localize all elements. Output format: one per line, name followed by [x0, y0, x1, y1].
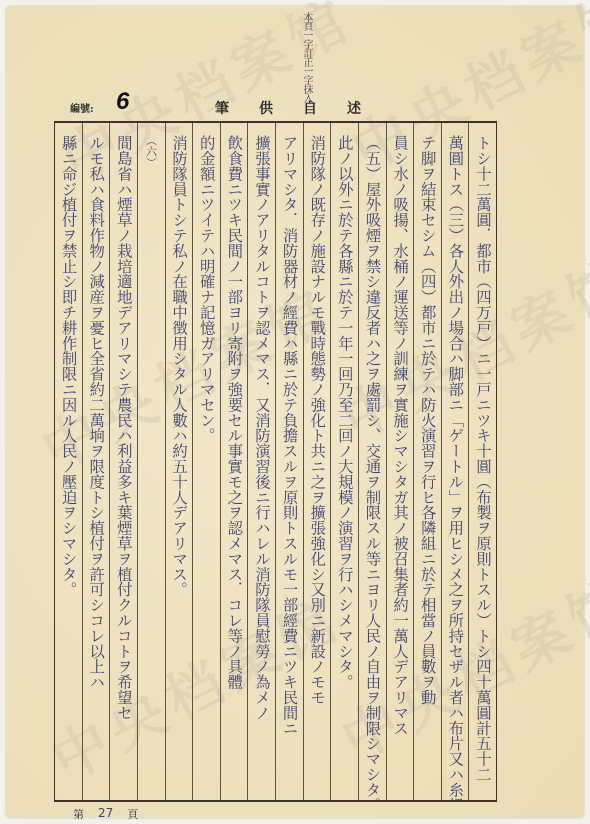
column-text: アリマシタ．消防器材ノ經費ハ縣ニ於テ負擔スルヲ原則トスルモ一部經費ニツキ民間ニ [281, 135, 299, 736]
column-text: 此ノ以外ニ於テ各縣ニ於テ一年一回乃至二回ノ大規模ノ演習ヲ行ハシメマシタ。 [336, 135, 354, 689]
column-text: 的金額ニツイテハ明確ナ記憶ガアリマセン。 [198, 135, 216, 443]
text-column: トシ十二萬圓．都市（四万戸）ニ一戸ニツキ十圓（布製ヲ原則トスル）トシ四十萬圓計五… [468, 123, 496, 800]
column-text: ルモ私ハ食料作物ノ減産ヲ憂ヒ全省約二萬垧ヲ限度トシ植付ヲ許可シコレ以上ハ [87, 135, 105, 689]
manuscript-grid: トシ十二萬圓．都市（四万戸）ニ一戸ニツキ十圓（布製ヲ原則トスル）トシ四十萬圓計五… [54, 121, 497, 802]
title-char: 供 [259, 98, 273, 118]
column-text: 飲食費ニツキ民間ノ一部ヨリ寄附ヲ強要セル事實モ之ヲ認メマス．コレ等ノ具體 [225, 135, 243, 689]
column-text: トシ十二萬圓．都市（四万戸）ニ一戸ニツキ十圓（布製ヲ原則トスル）トシ四十萬圓計五… [474, 135, 492, 782]
text-column: 消防隊員トシテ私ノ在職中徴用シタル人數ハ約五十人デアリマス。 [165, 123, 193, 800]
title-char: 述 [347, 98, 361, 118]
section-number: （六） [138, 135, 165, 800]
title-char: 筆 [215, 98, 229, 118]
text-column: ルモ私ハ食料作物ノ減産ヲ憂ヒ全省約二萬垧ヲ限度トシ植付ヲ許可シコレ以上ハ [82, 123, 110, 800]
column-text: 擴張事實ノアリタルコトヲ認メマス．又消防演習後ニ行ハレル消防隊員慰勞ノ為メノ [253, 135, 271, 720]
page-prefix: 第 [73, 806, 84, 822]
text-column: テ脚ヲ結束セシム（四）都市ニ於テハ防火演習ヲ行ヒ各隣組ニ於テ相當ノ員數ヲ動 [413, 123, 441, 800]
serial-label: 編號: [70, 100, 94, 115]
column-text: 萬圓トス（三）各人外出ノ場合ハ脚部ニ「ゲートル」ヲ用ヒシメ之ヲ所持セザル者ハ布片… [446, 135, 464, 800]
margin-annotation: 本頁一字訂正一字抹入 [297, 12, 311, 102]
page-number: 27 [98, 806, 113, 822]
title-char: 自 [303, 98, 317, 118]
text-column: 消防隊ノ既存ノ施設ナルモ戰時態勢ノ強化ト共ニ之ヲ擴張強化シ又別ニ新設ノモモ [303, 123, 331, 800]
page-suffix: 頁 [127, 806, 138, 822]
column-text: 縣ニ命ジ植付ヲ禁止シ即チ耕作制限ニ因ル人民ノ壓迫ヲシマシタ。 [60, 135, 78, 597]
column-text: テ脚ヲ結束セシム（四）都市ニ於テハ防火演習ヲ行ヒ各隣組ニ於テ相當ノ員數ヲ動 [419, 135, 437, 705]
text-column: 員シ水ノ吸揚、水桶ノ運送等ノ訓練ヲ實施シマシタガ其ノ被召集者約一萬人デアリマス [386, 123, 414, 800]
text-column: アリマシタ．消防器材ノ經費ハ縣ニ於テ負擔スルヲ原則トスルモ一部經費ニツキ民間ニ [275, 123, 303, 800]
column-text: （五）屋外吸煙ヲ禁シ違反者ハ之ヲ處罰シ、交通ヲ制限スル等ニヨリ人民ノ自由ヲ制限シ… [364, 135, 382, 800]
column-text: 消防隊員トシテ私ノ在職中徴用シタル人數ハ約五十人デアリマス。 [170, 135, 188, 597]
text-column: （五）屋外吸煙ヲ禁シ違反者ハ之ヲ處罰シ、交通ヲ制限スル等ニヨリ人民ノ自由ヲ制限シ… [358, 123, 386, 800]
text-column: 間島省ハ煙草ノ栽培適地デアリマシテ農民ハ利益多キ葉煙草ヲ植付クルコトヲ希望セ [109, 123, 137, 800]
text-column: 縣ニ命ジ植付ヲ禁止シ即チ耕作制限ニ因ル人民ノ壓迫ヲシマシタ。 [55, 123, 82, 800]
column-text: 員シ水ノ吸揚、水桶ノ運送等ノ訓練ヲ實施シマシタガ其ノ被召集者約一萬人デアリマス [391, 135, 409, 736]
page-footer: 第 27 頁 [73, 806, 138, 822]
document-title: 筆 供 自 述 [215, 98, 361, 118]
text-column: 此ノ以外ニ於テ各縣ニ於テ一年一回乃至二回ノ大規模ノ演習ヲ行ハシメマシタ。 [330, 123, 358, 800]
serial-number: 6 [116, 88, 129, 116]
column-text: 間島省ハ煙草ノ栽培適地デアリマシテ農民ハ利益多キ葉煙草ヲ植付クルコトヲ希望セ [115, 135, 133, 720]
text-column: 擴張事實ノアリタルコトヲ認メマス．又消防演習後ニ行ハレル消防隊員慰勞ノ為メノ [247, 123, 275, 800]
text-column: 萬圓トス（三）各人外出ノ場合ハ脚部ニ「ゲートル」ヲ用ヒシメ之ヲ所持セザル者ハ布片… [441, 123, 469, 800]
text-column: （六）葉煙草植付制限 [137, 123, 165, 800]
text-column: 的金額ニツイテハ明確ナ記憶ガアリマセン。 [192, 123, 220, 800]
column-text: 消防隊ノ既存ノ施設ナルモ戰時態勢ノ強化ト共ニ之ヲ擴張強化シ又別ニ新設ノモモ [308, 135, 326, 705]
text-column: 飲食費ニツキ民間ノ一部ヨリ寄附ヲ強要セル事實モ之ヲ認メマス．コレ等ノ具體 [220, 123, 248, 800]
